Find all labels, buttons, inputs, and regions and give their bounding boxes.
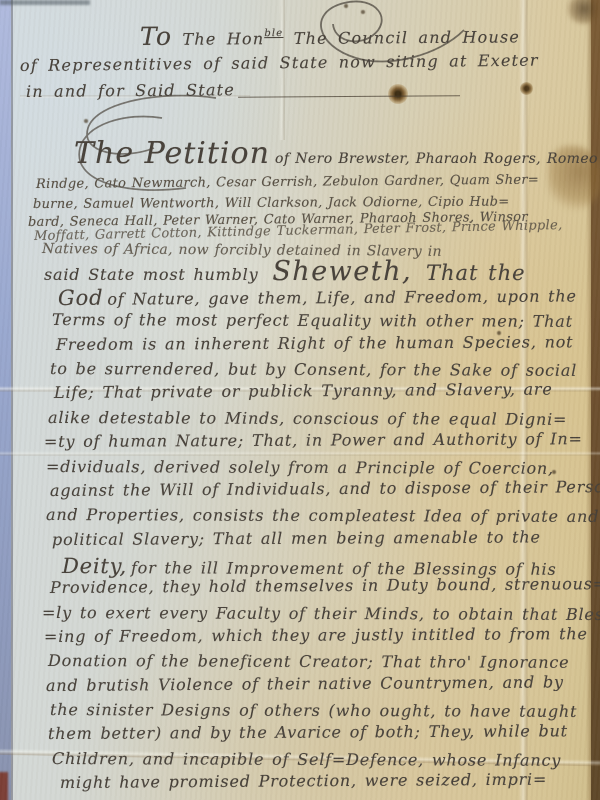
petition-body-line: =ly to exert every Faculty of their Mind…	[42, 603, 600, 624]
petition-body-line: alike detestable to Minds, conscious of …	[48, 408, 567, 429]
petition-title: The Petition	[74, 136, 270, 171]
right-brown-edge	[591, 0, 600, 800]
petition-opening-line: The Petition of Nero Brewster, Pharaoh R…	[74, 136, 598, 171]
petition-body-line: them better) and by the Avarice of both;…	[48, 721, 568, 743]
petition-body-line: might have promised Protection, were sei…	[60, 770, 547, 792]
address-line-2: of Representitives of said State now sit…	[20, 51, 539, 75]
top-edge-shadow	[0, 0, 90, 5]
petition-body-line: Freedom is an inherent Right of the huma…	[56, 332, 573, 354]
petition-body-line: Life; That private or publick Tyranny, a…	[54, 380, 553, 402]
petition-body-line: Children, and incapible of Self=Defence,…	[52, 749, 561, 770]
bottom-left-corner-mark	[0, 772, 8, 800]
petitioner-names-line: burne, Samuel Wentworth, Will Clarkson, …	[33, 195, 510, 212]
petition-body-line: Terms of the most perfect Equality with …	[52, 310, 573, 331]
sheweth-word: Sheweth,	[272, 256, 412, 287]
manuscript-page-photo: To The Honble The Council and House of R…	[0, 0, 600, 800]
address-line-1: To The Honble The Council and House	[140, 19, 520, 51]
heading-dash-rule	[238, 95, 460, 98]
address-line-3: in and for Said State	[26, 80, 235, 101]
petition-body-line: and brutish Violence of their native Cou…	[46, 672, 564, 695]
address-to: To	[140, 22, 172, 51]
petition-body-line: to be surrendered, but by Consent, for t…	[50, 359, 577, 380]
paper-speck	[344, 4, 348, 8]
petition-body-line: political Slavery; That all men being am…	[52, 527, 541, 549]
left-edge-seam	[11, 0, 13, 800]
petition-body-line: =dividuals, derived solely from a Princi…	[46, 457, 554, 478]
petition-body-line: the sinister Designs of others (who ough…	[50, 700, 577, 721]
top-right-stain	[566, 0, 600, 24]
ink-blot-large	[388, 84, 408, 104]
petition-body-line: against the Will of Individuals, and to …	[50, 477, 600, 500]
petition-body-line: Providence, they hold themselves in Duty…	[50, 574, 600, 597]
petition-body-line: and Properties, consists the compleatest…	[46, 505, 599, 526]
honble-superscript: ble	[264, 28, 283, 39]
petitioner-names-line: Rindge, Cato Newmarch, Cesar Gerrish, Ze…	[36, 173, 539, 192]
paper-speck	[361, 10, 365, 14]
petition-body-line: Godof Nature, gave them, Life, and Freed…	[58, 282, 577, 310]
left-blue-edge	[0, 0, 11, 800]
ink-blot-small	[520, 82, 533, 95]
petition-body-line: Donation of the beneficent Creator; That…	[48, 651, 569, 672]
petition-body-line: =ing of Freedom, which they are justly i…	[44, 624, 588, 646]
horizontal-fold-crease-2	[0, 451, 600, 456]
paper-speck	[84, 119, 88, 123]
petition-body-line: =ty of human Nature; That, in Power and …	[44, 429, 583, 451]
